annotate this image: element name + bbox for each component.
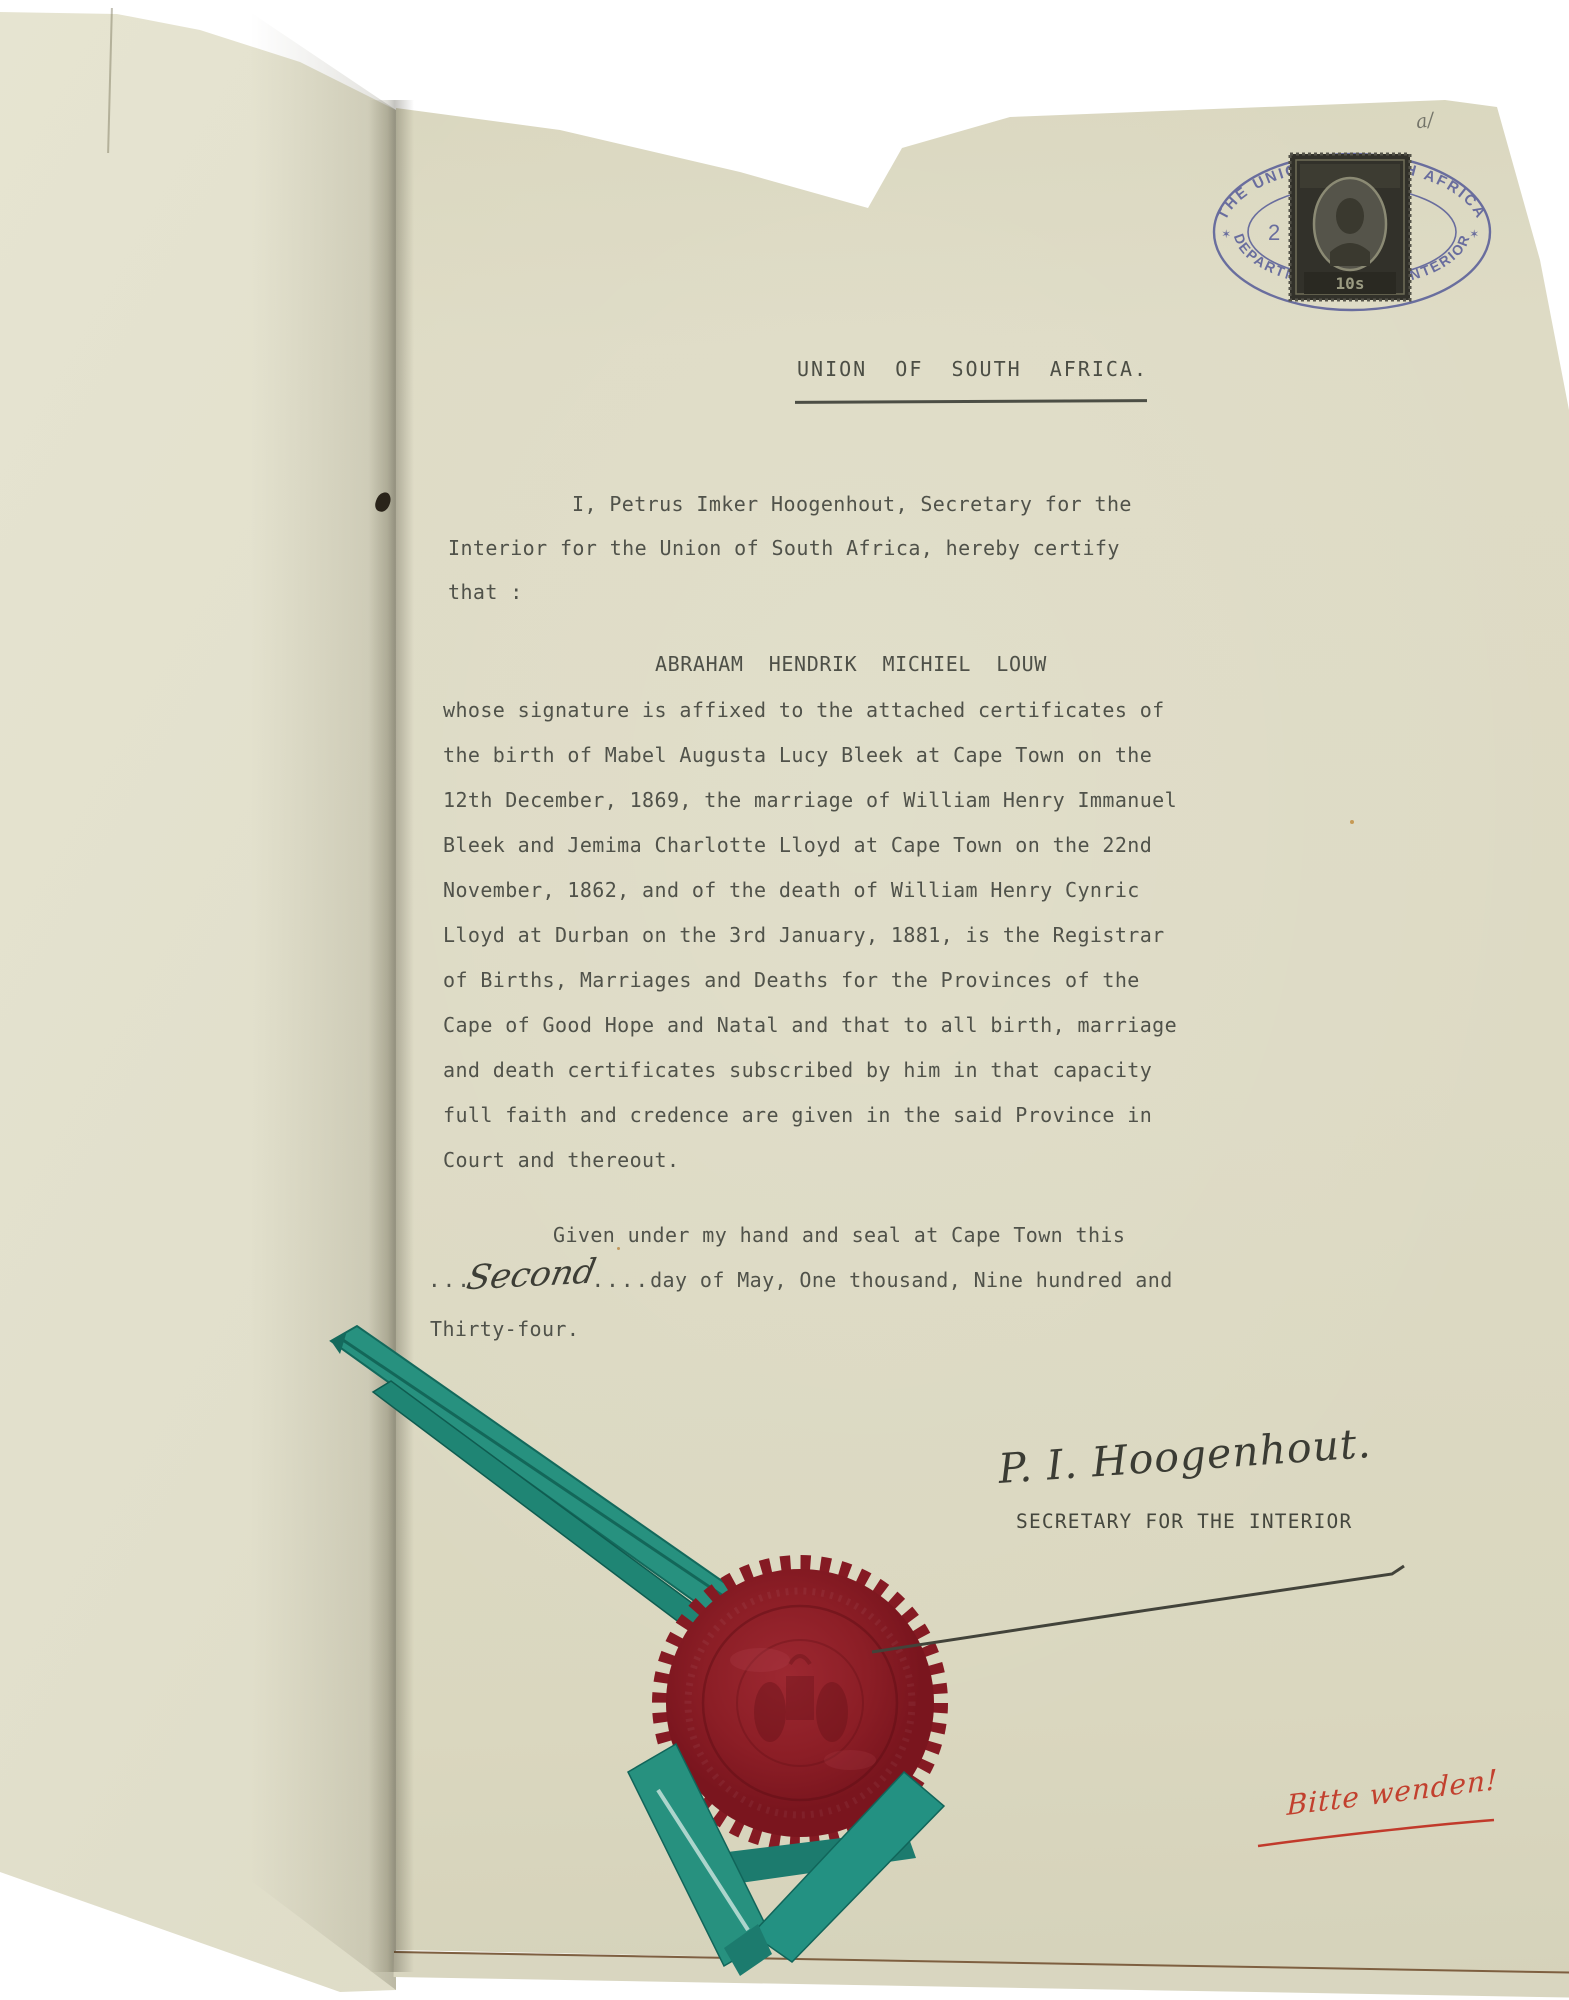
text-line: Interior for the Union of South Africa, … — [448, 536, 1132, 580]
subject-name: ABRAHAM HENDRIK MICHIEL LOUW — [655, 652, 1047, 676]
text-line: whose signature is affixed to the attach… — [443, 698, 1177, 743]
text-line: of Births, Marriages and Deaths for the … — [443, 968, 1177, 1013]
body-paragraph: whose signature is affixed to the attach… — [443, 698, 1177, 1193]
closing-line: Given under my hand and seal at Cape Tow… — [553, 1223, 1125, 1247]
revenue-stamp: 10s — [1290, 154, 1410, 300]
stamp-date-fragment: 2 — [1268, 220, 1280, 245]
paper-speck — [617, 1247, 620, 1250]
stamp-star-left-icon: ✶ — [1222, 226, 1231, 242]
typed-dots: .... — [592, 1268, 651, 1292]
document-title: UNION OF SOUTH AFRICA. — [797, 357, 1148, 381]
signature-typed-title: SECRETARY FOR THE INTERIOR — [1016, 1510, 1352, 1533]
closing-date-line: ...Second....day of May, One thousand, N… — [428, 1256, 1173, 1296]
text-line: November, 1862, and of the death of Will… — [443, 878, 1177, 923]
closing-line: Thirty-four. — [430, 1317, 579, 1341]
king-portrait — [1336, 198, 1364, 234]
text-line: Court and thereout. — [443, 1148, 1177, 1193]
pencil-annotation: a/ — [1414, 109, 1435, 134]
handwritten-day: Second — [463, 1252, 599, 1299]
text-line: Bleek and Jemima Charlotte Lloyd at Cape… — [443, 833, 1177, 878]
binding-fold-crease — [368, 100, 414, 1972]
text-line: that : — [448, 580, 1132, 624]
text-line: Lloyd at Durban on the 3rd January, 1881… — [443, 923, 1177, 968]
photo-of-certificate: { "doc": { "title": "UNION OF SOUTH AFRI… — [0, 0, 1569, 2000]
stamp-value: 10s — [1336, 274, 1365, 293]
opening-paragraph: I, Petrus Imker Hoogenhout, Secretary fo… — [448, 492, 1132, 624]
closing-line-rest: day of May, One thousand, Nine hundred a… — [650, 1268, 1173, 1292]
department-oval-stamp: THE UNION OF SOUTH AFRICA DEPARTMENT OF … — [1202, 140, 1502, 318]
text-line: 12th December, 1869, the marriage of Wil… — [443, 788, 1177, 833]
text-line: the birth of Mabel Augusta Lucy Bleek at… — [443, 743, 1177, 788]
stamp-star-right-icon: ✶ — [1470, 226, 1479, 242]
text-line: Cape of Good Hope and Natal and that to … — [443, 1013, 1177, 1058]
paper-speck — [1350, 820, 1354, 824]
text-line: and death certificates subscribed by him… — [443, 1058, 1177, 1103]
text-line: I, Petrus Imker Hoogenhout, Secretary fo… — [448, 492, 1132, 536]
text-line: full faith and credence are given in the… — [443, 1103, 1177, 1148]
